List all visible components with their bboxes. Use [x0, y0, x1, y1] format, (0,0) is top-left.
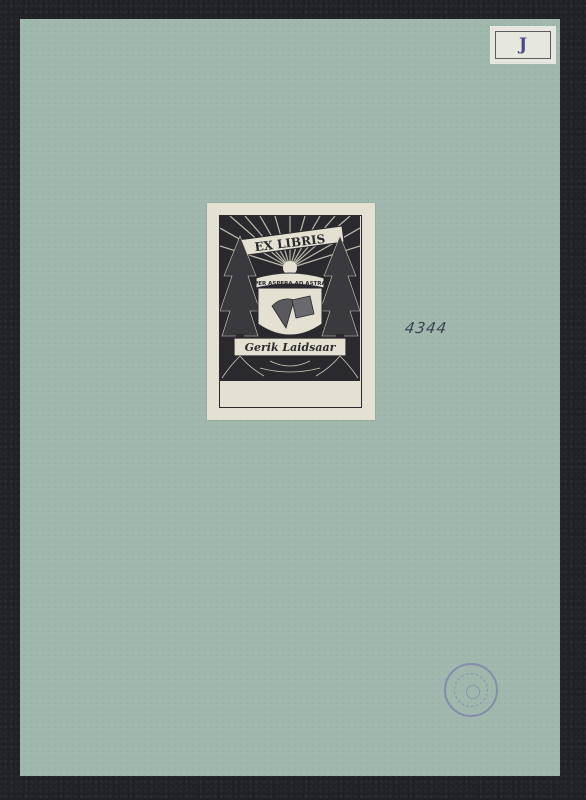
collection-stamp — [444, 663, 498, 717]
book-icon — [292, 296, 314, 318]
catalog-label: J — [490, 26, 556, 64]
motto-text: PER ASPERA AD ASTRA — [254, 281, 326, 287]
stamp-emblem-icon — [466, 685, 480, 699]
bookplate-blank-panel — [224, 380, 357, 403]
inventory-number: 4344 — [404, 319, 449, 337]
bookplate-illustration: EX LIBRIS PER ASPERA AD ASTRA Gerik Laid… — [220, 216, 360, 381]
stamp-inner-ring — [454, 673, 488, 707]
ex-libris-bookplate: EX LIBRIS PER ASPERA AD ASTRA Gerik Laid… — [207, 203, 375, 420]
owner-name: Gerik Laidsaar — [245, 341, 337, 354]
bookplate-frame: EX LIBRIS PER ASPERA AD ASTRA Gerik Laid… — [219, 215, 362, 408]
catalog-letter: J — [495, 31, 551, 59]
